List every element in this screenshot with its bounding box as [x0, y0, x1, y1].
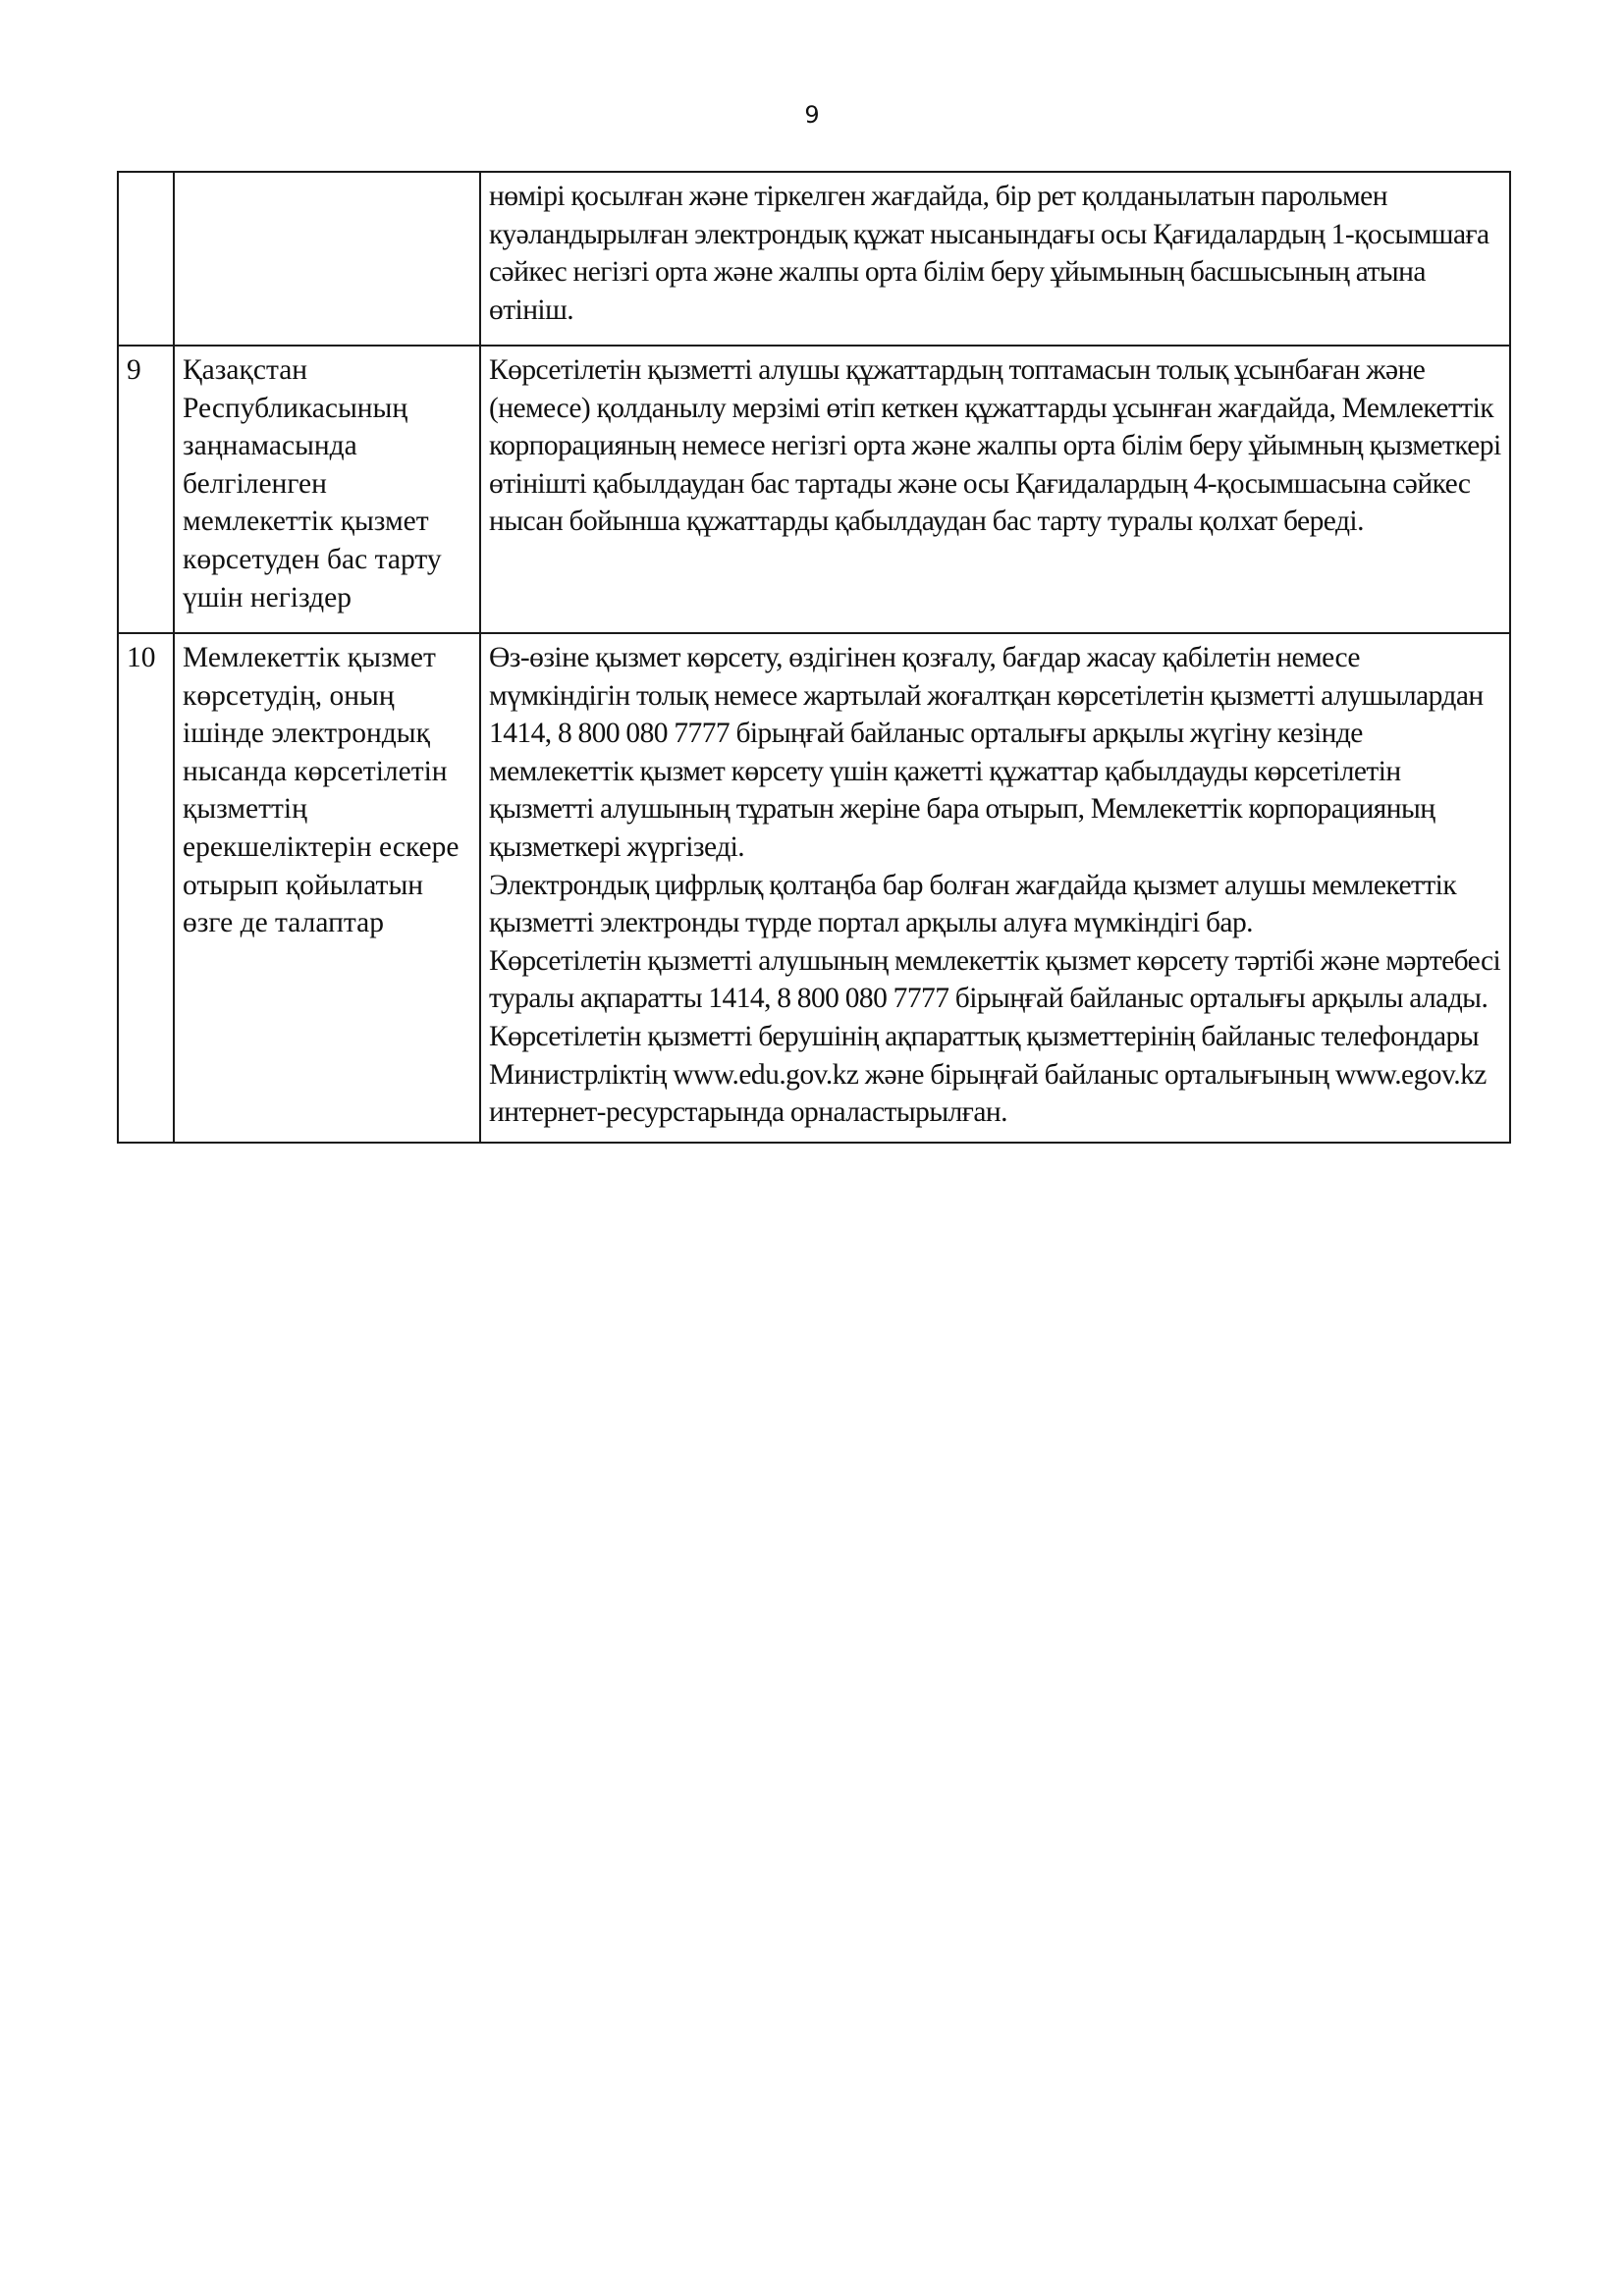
description-paragraph: Электрондық цифрлық қолтаңба бар болған …	[489, 867, 1503, 942]
service-standard-table: нөмірі қосылған және тіркелген жағдайда,…	[117, 171, 1511, 1144]
description-paragraph: нөмірі қосылған және тіркелген жағдайда,…	[489, 178, 1503, 329]
row-description-cell: нөмірі қосылған және тіркелген жағдайда,…	[480, 172, 1510, 346]
row-name-cell	[174, 172, 480, 346]
row-description-cell: Өз-өзіне қызмет көрсету, өздігінен қозға…	[480, 633, 1510, 1143]
description-paragraph: Өз-өзіне қызмет көрсету, өздігінен қозға…	[489, 639, 1503, 867]
row-number-cell: 10	[118, 633, 174, 1143]
row-number-cell: 9	[118, 346, 174, 633]
row-description-cell: Көрсетілетін қызметті алушы құжаттардың …	[480, 346, 1510, 633]
description-paragraph: Көрсетілетін қызметті алушының мемлекетт…	[489, 942, 1503, 1018]
description-paragraph: Көрсетілетін қызметті алушы құжаттардың …	[489, 351, 1503, 541]
table-row: 10 Мемлекеттік қызмет көрсетудің, оның і…	[118, 633, 1510, 1143]
row-number-cell	[118, 172, 174, 346]
table-row: 9 Қазақстан Республикасының заңнамасында…	[118, 346, 1510, 633]
table-row: нөмірі қосылған және тіркелген жағдайда,…	[118, 172, 1510, 346]
page-number: 9	[0, 98, 1624, 132]
row-name-cell: Қазақстан Республикасының заңнамасында б…	[174, 346, 480, 633]
row-name-cell: Мемлекеттік қызмет көрсетудің, оның ішін…	[174, 633, 480, 1143]
description-paragraph: Көрсетілетін қызметті берушінің ақпаратт…	[489, 1018, 1503, 1132]
